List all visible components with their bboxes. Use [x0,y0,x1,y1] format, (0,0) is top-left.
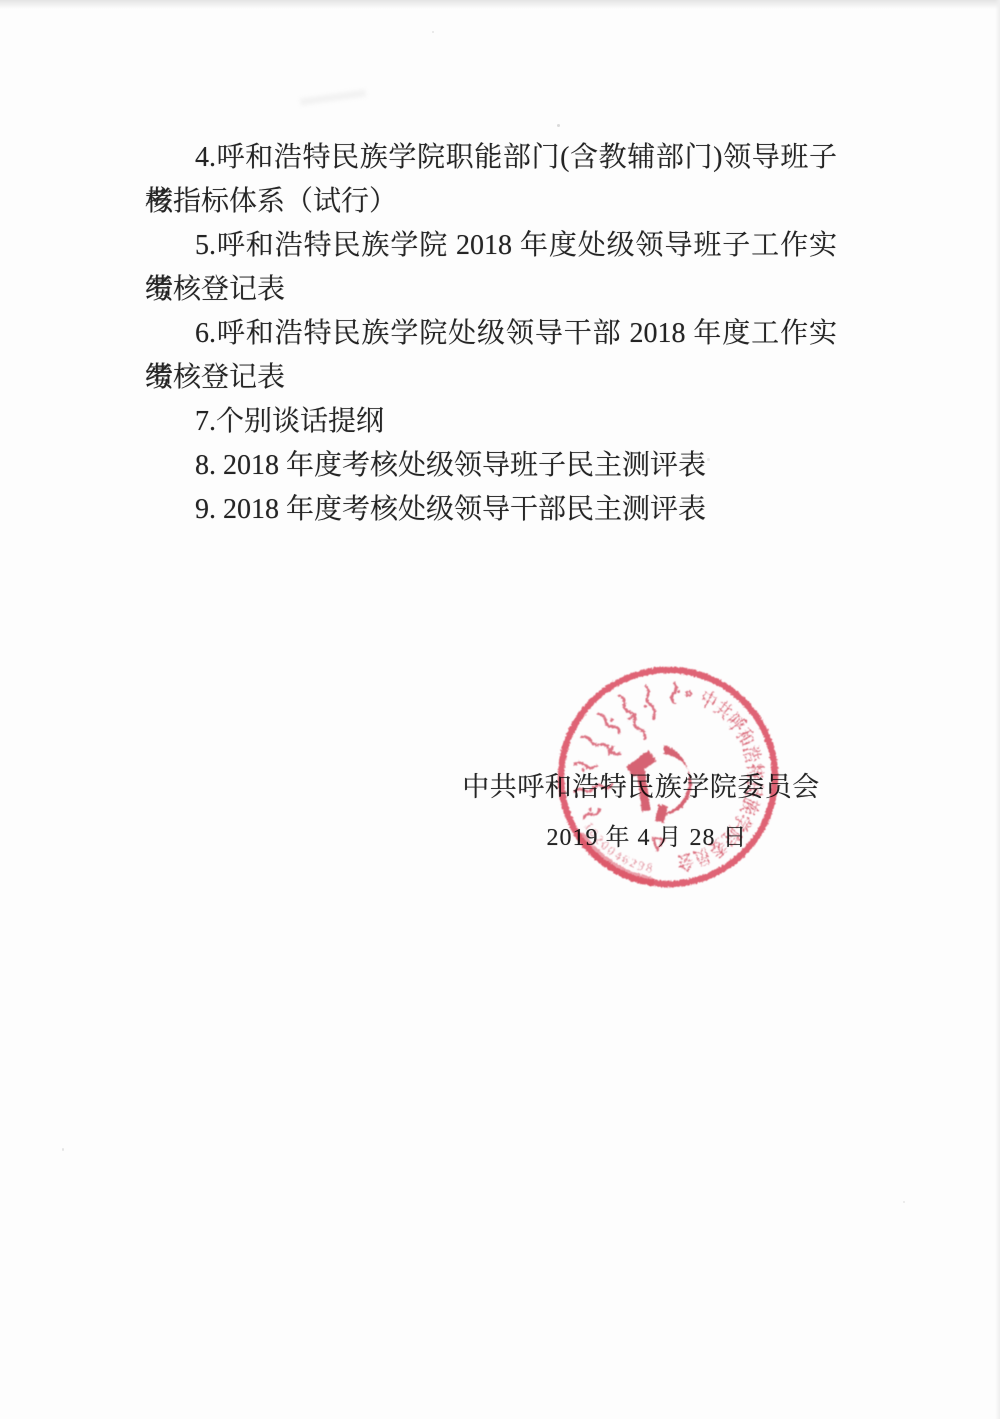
scan-speck [432,31,434,33]
document-date: 2019 年 4 月 28 日 [447,817,847,852]
scan-speck [903,1201,905,1203]
seal-separator-dot [686,691,691,696]
document-line: 8. 2018 年度考核处级领导班子民主测评表 [145,444,837,488]
document-line: 考核登记表 [145,356,837,400]
scan-speck [557,124,560,127]
issuing-organization-signature: 中共呼和浩特民族学院委员会 [440,765,842,804]
document-line: 核指标体系（试行） [145,180,837,224]
scan-smudge [300,89,366,105]
scanned-document-page: 4.呼和浩特民族学院职能部门(含教辅部门)领导班子考 核指标体系（试行） 5.呼… [0,0,1000,1419]
document-line: 4.呼和浩特民族学院职能部门(含教辅部门)领导班子考 [145,136,837,180]
scan-edge-artifact-right [995,0,1000,1419]
scan-speck [62,1148,64,1151]
document-line: 5.呼和浩特民族学院 2018 年度处级领导班子工作实绩 [145,224,837,268]
document-line: 9. 2018 年度考核处级领导干部民主测评表 [145,488,837,532]
document-line: 考核登记表 [145,268,837,312]
document-line: 7.个别谈话提纲 [145,400,837,444]
appendix-list: 4.呼和浩特民族学院职能部门(含教辅部门)领导班子考 核指标体系（试行） 5.呼… [145,136,837,532]
scan-edge-artifact-top [0,0,1000,9]
document-line: 6.呼和浩特民族学院处级领导干部 2018 年度工作实绩 [145,312,837,356]
